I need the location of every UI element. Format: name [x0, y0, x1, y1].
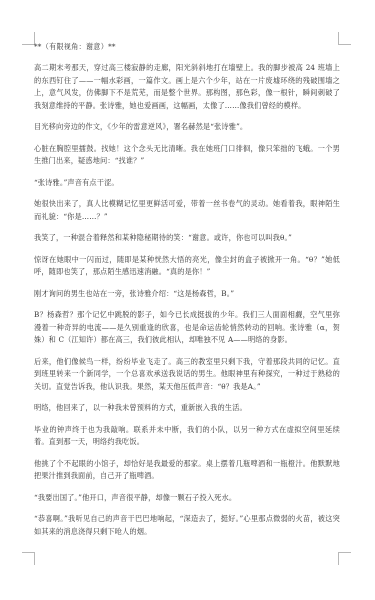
paragraph: B？杨森哲？那个记忆中跳脱的影子，如今已长成挺拔的少年。我们三人面面相觑，空气里…: [34, 309, 340, 347]
document-title: **（有限视角：谢意）**: [34, 42, 340, 52]
paragraph: 刚才询问的男生也站在一旁，张诗雅介绍：“这是杨森哲，B。”: [34, 288, 340, 301]
paragraph: 她很快出来了，真人比模糊记忆里更鲜活可爱，带着一丝书卷气的灵动。她看着我，眼神陌…: [34, 198, 340, 223]
paragraph: “我要出国了。”他开口，声音很平静，却像一颗石子投入死水。: [34, 492, 340, 505]
page-corner-mark-bottom-right: [338, 552, 351, 565]
paragraph: 他挑了个不起眼的小馆子，却恰好是我最爱的那家。桌上摆着几瓶啤酒和一瓶橙汁。他默默…: [34, 458, 340, 483]
paragraph: 目光移向旁边的作文，《少年的雷意逆风》，署名赫然是“张诗雅”。: [34, 121, 340, 134]
page-corner-mark-bottom-left: [22, 552, 35, 565]
paragraph: 我笑了，一种混合着释然和某种隐秘期待的笑：“谢意。或许，你也可以叫我θ。”: [34, 232, 340, 245]
paragraph: “恭喜啊。”我听见自己的声音干巴巴地响起，“深造去了，挺好。”心里那点微弱的火苗…: [34, 513, 340, 538]
paragraph: 后来，他们像候鸟一样，纷纷毕业飞走了。高三的教室里只剩下我，守着那段共同的记忆。…: [34, 356, 340, 394]
document-body[interactable]: **（有限视角：谢意）** 高二期末考那天，穿过高三楼寂静的走廊，阳光斜斜地打在…: [34, 42, 340, 547]
paragraph: 高二期末考那天，穿过高三楼寂静的走廊，阳光斜斜地打在墙壁上。我的脚步被高 24 …: [34, 62, 340, 112]
paragraph: 惊讶在她眼中一闪而过，随即是某种恍然大悟的亮光，像尘封的盒子被掀开一角。“θ？”…: [34, 254, 340, 279]
document-page: **（有限视角：谢意）** 高二期末考那天，穿过高三楼寂静的走廊，阳光斜斜地打在…: [0, 0, 375, 600]
paragraph: “张诗雅。”声音有点干涩。: [34, 177, 340, 190]
paragraph: 明络，他回来了，以一种我未曾预料的方式，重新嵌入我的生活。: [34, 402, 340, 415]
paragraph: 心脏在胸腔里擂鼓。找她！这个念头无比清晰。我在她班门口徘徊，像只笨拙的飞蛾。一个…: [34, 143, 340, 168]
paragraph: 毕业的钟声终于也为我敲响。联系并未中断，我们的小队，以另一种方式在虚拟空间里延续…: [34, 424, 340, 449]
